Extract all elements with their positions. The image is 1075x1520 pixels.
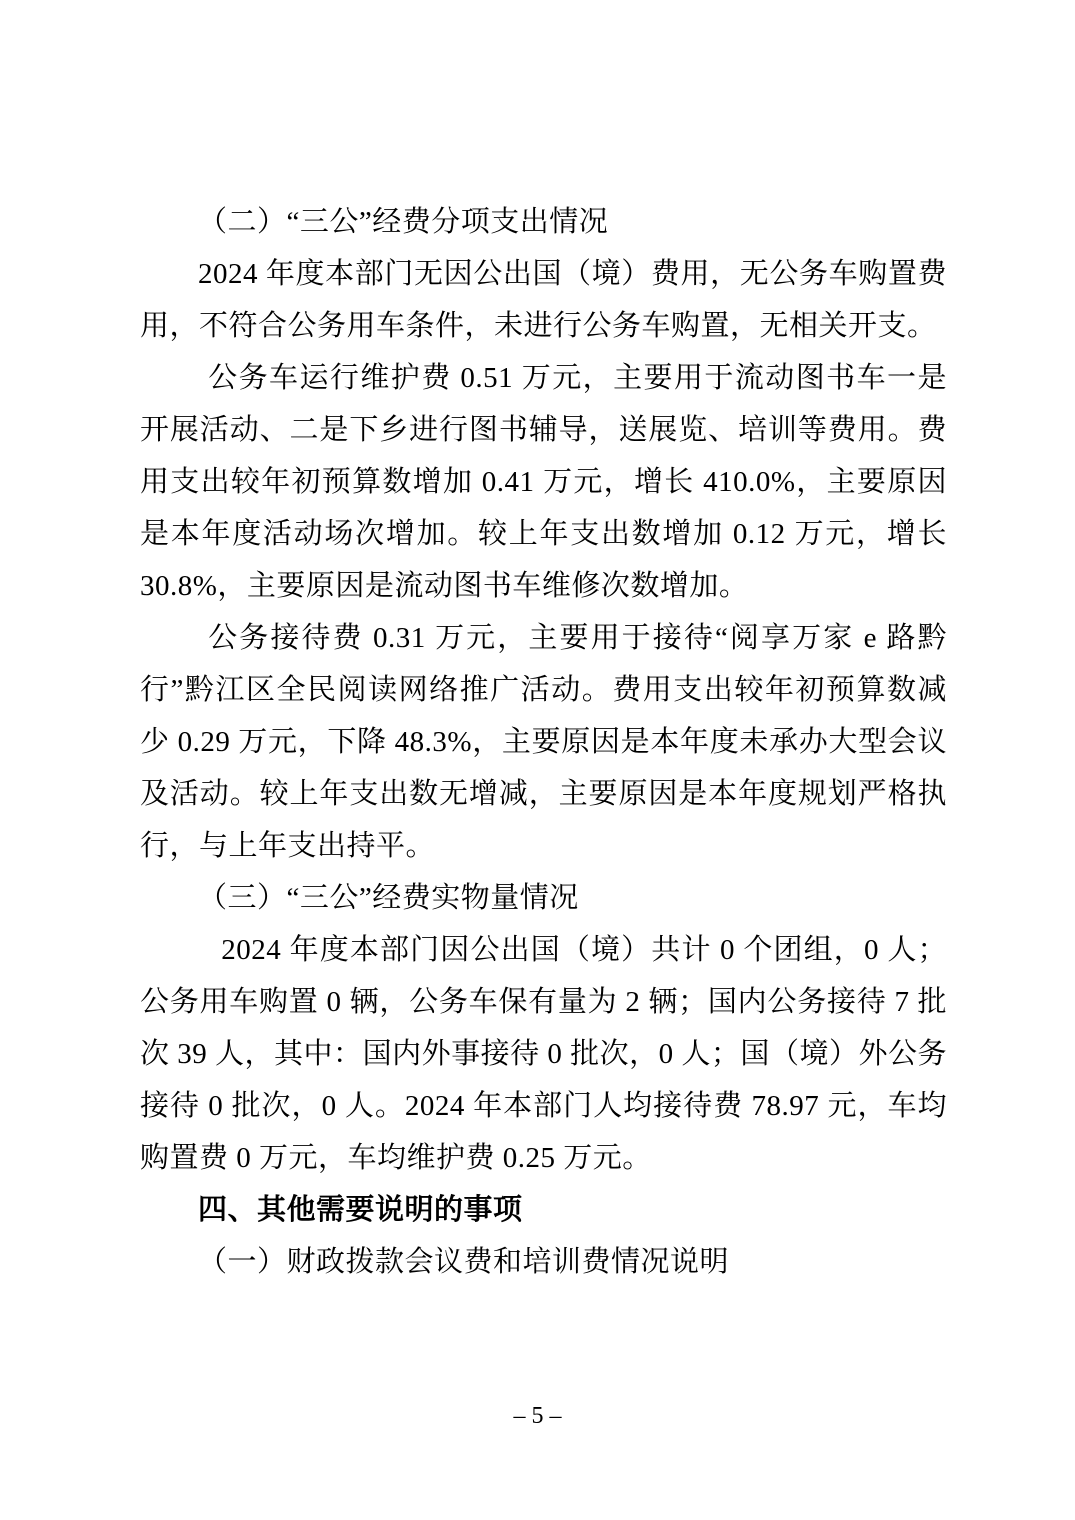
subheading-three-public-breakdown: （二）“三公”经费分项支出情况 — [140, 196, 947, 248]
subheading-meeting-training-fee: （一）财政拨款会议费和培训费情况说明 — [140, 1236, 947, 1288]
heading-other-matters: 四、其他需要说明的事项 — [140, 1184, 947, 1236]
document-body: （二）“三公”经费分项支出情况 2024 年度本部门无因公出国（境）费用，无公务… — [140, 196, 947, 1288]
paragraph-no-abroad-no-purchase: 2024 年度本部门无因公出国（境）费用，无公务车购置费用，不符合公务用车条件，… — [140, 248, 947, 352]
paragraph-official-reception-fee: 公务接待费 0.31 万元，主要用于接待“阅享万家 e 路黔行”黔江区全民阅读网… — [140, 612, 947, 872]
paragraph-physical-quantity-detail: 2024 年度本部门因公出国（境）共计 0 个团组，0 人；公务用车购置 0 辆… — [140, 924, 947, 1184]
document-page: （二）“三公”经费分项支出情况 2024 年度本部门无因公出国（境）费用，无公务… — [0, 0, 1075, 1520]
subheading-three-public-physical-quantity: （三）“三公”经费实物量情况 — [140, 872, 947, 924]
paragraph-vehicle-maintenance-fee: 公务车运行维护费 0.51 万元，主要用于流动图书车一是开展活动、二是下乡进行图… — [140, 352, 947, 612]
page-number: – 5 – — [0, 1396, 1075, 1436]
